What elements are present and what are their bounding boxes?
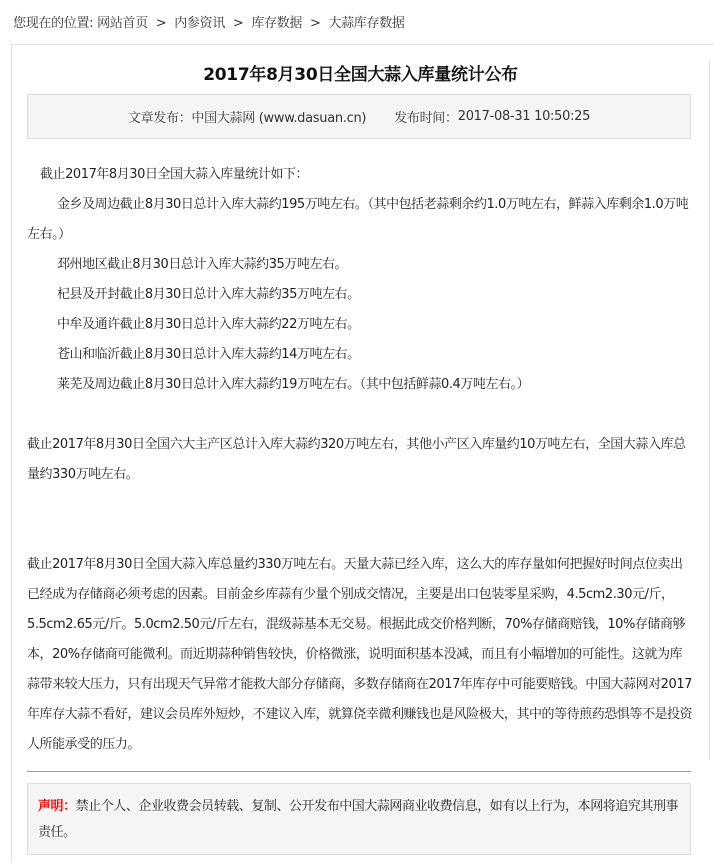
cangshan-paragraph: 苍山和临沂截止8月30日总计入库大蒜约14万吨左右。 — [27, 340, 693, 370]
breadcrumb-home-link[interactable]: 网站首页 — [97, 16, 148, 31]
publisher-name: 中国大蒜网 (www.dasuan.cn) — [191, 107, 366, 126]
copyright-notice: 声明：禁止个人、企业收费会员转载、复制、公开发布中国大蒜网商业收费信息，如有以上… — [27, 783, 691, 855]
breadcrumb-separator: > — [233, 16, 244, 31]
notice-text: 禁止个人、企业收费会员转载、复制、公开发布中国大蒜网商业收费信息，如有以上行为，… — [38, 799, 678, 840]
breadcrumb-prefix: 您现在的位置: — [13, 16, 93, 31]
publish-time: 2017-08-31 10:50:25 — [458, 109, 590, 124]
article-frame-left-border — [11, 44, 12, 863]
notice-label: 声明： — [38, 799, 76, 814]
publish-time-label: 发布时间： — [394, 107, 458, 126]
article-frame-top-border — [11, 44, 714, 45]
summary-paragraph: 截止2017年8月30日全国六大主产区总计入库大蒜约320万吨左右，其他小产区入… — [27, 430, 693, 490]
analysis-paragraph: 截止2017年8月30日全国大蒜入库总量约330万吨左右。天量大蒜已经入库，这么… — [27, 550, 693, 760]
breadcrumb-inventory-link[interactable]: 库存数据 — [251, 16, 302, 31]
zhongmu-paragraph: 中牟及通许截止8月30日总计入库大蒜约22万吨左右。 — [27, 310, 693, 340]
content-divider — [27, 771, 691, 772]
publisher-label: 文章发布： — [128, 107, 192, 126]
article-content: 截止2017年8月30日全国大蒜入库量统计如下： 金乡及周边截止8月30日总计入… — [27, 160, 693, 760]
laiwu-paragraph: 莱芜及周边截止8月30日总计入库大蒜约19万吨左右。（其中包括鲜蒜0.4万吨左右… — [27, 370, 693, 400]
pizhou-paragraph: 邳州地区截止8月30日总计入库大蒜约35万吨左右。 — [27, 250, 693, 280]
jinxiang-paragraph: 金乡及周边截止8月30日总计入库大蒜约195万吨左右。（其中包括老蒜剩余约1.0… — [27, 190, 693, 250]
breadcrumb-separator: > — [310, 16, 321, 31]
article-frame-right-border — [709, 60, 710, 760]
breadcrumb: 您现在的位置: 网站首页 > 内参资讯 > 库存数据 > 大蒜库存数据 — [13, 12, 405, 31]
intro-paragraph: 截止2017年8月30日全国大蒜入库量统计如下： — [27, 160, 693, 190]
breadcrumb-garlic-inventory-link[interactable]: 大蒜库存数据 — [328, 16, 404, 31]
article-meta: 文章发布： 中国大蒜网 (www.dasuan.cn) 发布时间： 2017-0… — [27, 94, 691, 139]
article-title: 2017年8月30日全国大蒜入库量统计公布 — [12, 60, 709, 85]
breadcrumb-separator: > — [156, 16, 167, 31]
qixian-paragraph: 杞县及开封截止8月30日总计入库大蒜约35万吨左右。 — [27, 280, 693, 310]
breadcrumb-news-link[interactable]: 内参资讯 — [174, 16, 225, 31]
